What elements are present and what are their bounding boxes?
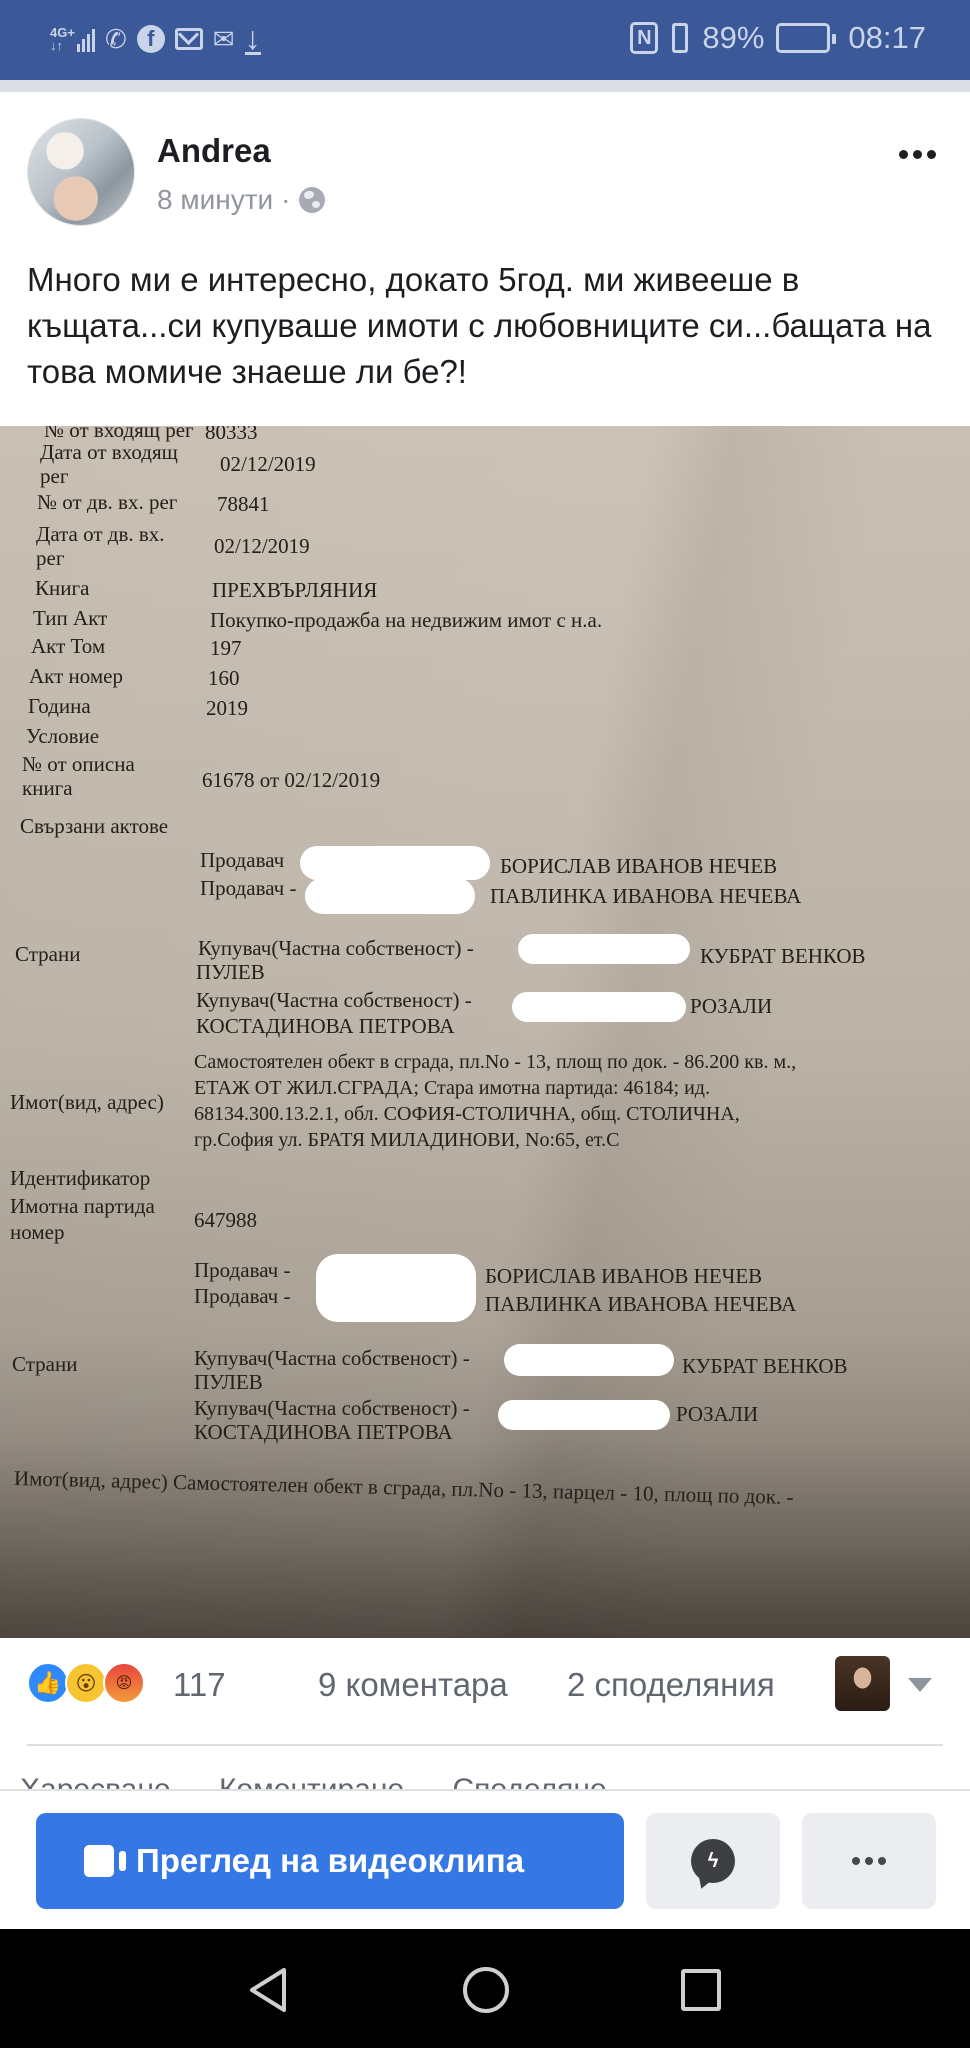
phone-icon: ✆	[105, 20, 127, 58]
doc-value: ПРЕХВЪРЛЯНИЯ	[212, 578, 377, 602]
redaction-mark	[300, 846, 490, 880]
post-meta: 8 минути ·	[157, 184, 325, 216]
home-icon[interactable]	[463, 1967, 509, 2013]
status-icons-right: N 89% 08:17	[630, 20, 926, 56]
doc-value: 02/12/2019	[220, 452, 316, 476]
video-camera-icon	[84, 1845, 114, 1877]
dot-icon	[927, 150, 936, 159]
doc-seller-prefix: Продавач -	[194, 1284, 291, 1308]
dot-icon	[913, 150, 922, 159]
doc-buyer-prefix: Купувач(Частна собственост) -	[194, 1346, 470, 1370]
doc-buyer-name-cont: ПУЛЕВ	[194, 1370, 263, 1394]
reaction-count[interactable]: 117	[173, 1666, 226, 1704]
gmail-icon	[175, 20, 203, 58]
signal-icon: 4G+↓↑	[50, 20, 95, 58]
doc-buyer-prefix: Купувач(Частна собственост) -	[196, 988, 472, 1012]
doc-label: Книга	[35, 576, 89, 600]
reactions-bar: 👍 😮 😡 117 9 коментара 2 споделяния	[0, 1652, 970, 1732]
like-reaction-icon: 👍	[27, 1662, 69, 1704]
doc-property-line: 68134.300.13.2.1, обл. СОФИЯ-СТОЛИЧНА, о…	[194, 1102, 740, 1126]
doc-value: 61678 от 02/12/2019	[202, 768, 380, 792]
doc-label: Година	[28, 694, 91, 718]
doc-label: Свързани актове	[20, 814, 168, 838]
doc-parties-label: Страни	[15, 942, 80, 966]
doc-value: 78841	[217, 492, 270, 516]
facebook-icon: f	[137, 20, 165, 58]
redaction-mark	[512, 992, 686, 1022]
doc-seller-name: ПАВЛИНКА ИВАНОВА НЕЧЕВА	[485, 1292, 796, 1316]
redaction-mark	[518, 934, 690, 964]
doc-buyer-prefix: Купувач(Частна собственост) -	[194, 1396, 470, 1420]
back-icon[interactable]	[248, 1967, 288, 2013]
doc-buyer-name-cont: КОСТАДИНОВА ПЕТРОВА	[194, 1420, 453, 1444]
post-photo-document[interactable]: № от входящ рег 80333 Дата от входящ рег…	[0, 426, 970, 1638]
bottom-action-bar: Преглед на видеоклипа ϟ	[0, 1789, 970, 1929]
mail-settings-icon: ✉	[213, 20, 235, 58]
doc-party-no-label: номер	[10, 1220, 64, 1244]
post-options-button[interactable]	[899, 150, 936, 159]
clock: 08:17	[848, 20, 926, 56]
doc-label: Дата от дв. вх. рег	[36, 522, 196, 570]
dot-icon	[865, 1857, 873, 1865]
status-bar: 4G+↓↑ ✆ f ✉ ↓ N 89% 08:17	[0, 0, 970, 80]
doc-buyer-name: РОЗАЛИ	[690, 994, 772, 1018]
doc-value: Покупко-продажба на недвижим имот с н.а.	[210, 608, 602, 632]
post-card: Andrea 8 минути · Много ми е интересно, …	[0, 92, 970, 1808]
doc-buyer-name: КУБРАТ ВЕНКОВ	[700, 944, 866, 968]
doc-identifier-label: Идентификатор	[10, 1166, 150, 1190]
doc-buyer-prefix: Купувач(Частна собственост) -	[198, 936, 474, 960]
doc-buyer-name-cont: КОСТАДИНОВА ПЕТРОВА	[196, 1014, 455, 1038]
status-icons-left: 4G+↓↑ ✆ f ✉ ↓	[50, 20, 261, 58]
redaction-mark	[305, 878, 475, 914]
doc-label: Условие	[26, 724, 99, 748]
doc-parties-label: Страни	[12, 1352, 77, 1376]
doc-label: № от дв. вх. рег	[37, 490, 177, 514]
system-navigation-bar	[0, 1929, 970, 2048]
recent-apps-icon[interactable]	[681, 1969, 721, 2011]
dot-icon	[899, 150, 908, 159]
doc-value: 2019	[206, 696, 248, 720]
doc-party-no-value: 647988	[194, 1208, 257, 1232]
doc-seller-prefix: Продавач -	[194, 1258, 291, 1282]
redaction-mark	[316, 1254, 476, 1322]
vibrate-icon	[672, 23, 688, 53]
messenger-button[interactable]: ϟ	[646, 1813, 780, 1909]
wow-reaction-icon: 😮	[65, 1662, 107, 1704]
watch-video-label: Преглед на видеоклипа	[136, 1842, 524, 1880]
doc-seller-name: ПАВЛИНКА ИВАНОВА НЕЧЕВА	[490, 884, 801, 908]
doc-buyer-name: КУБРАТ ВЕНКОВ	[682, 1354, 848, 1378]
more-options-button[interactable]	[802, 1813, 936, 1909]
author-name[interactable]: Andrea	[157, 132, 271, 170]
doc-buyer-name-cont: ПУЛЕВ	[196, 960, 265, 984]
dot-icon	[878, 1857, 886, 1865]
doc-seller-prefix: Продавач -	[200, 876, 297, 900]
shares-count[interactable]: 2 споделяния	[567, 1666, 775, 1704]
doc-seller-name: БОРИСЛАВ ИВАНОВ НЕЧЕВ	[500, 854, 777, 878]
battery-icon	[776, 23, 830, 53]
doc-value: 80333	[205, 426, 258, 444]
author-avatar[interactable]	[27, 118, 135, 226]
watch-video-button[interactable]: Преглед на видеоклипа	[36, 1813, 624, 1909]
divider	[27, 1744, 943, 1746]
angry-reaction-icon: 😡	[103, 1662, 145, 1704]
globe-icon	[299, 187, 325, 213]
battery-percent: 89%	[702, 20, 764, 56]
post-header: Andrea 8 минути ·	[0, 92, 970, 232]
doc-buyer-name: РОЗАЛИ	[676, 1402, 758, 1426]
doc-value: 02/12/2019	[214, 534, 310, 558]
doc-label: Акт Том	[31, 634, 105, 658]
doc-seller-prefix: Продавач	[200, 848, 284, 872]
doc-party-no-label: Имотна партида	[10, 1194, 155, 1218]
doc-label: Тип Акт	[33, 606, 107, 630]
comments-count[interactable]: 9 коментара	[318, 1666, 508, 1704]
messenger-icon: ϟ	[691, 1839, 735, 1883]
doc-label: Дата от входящ рег	[40, 440, 210, 488]
doc-seller-name: БОРИСЛАВ ИВАНОВ НЕЧЕВ	[485, 1264, 762, 1288]
redaction-mark	[498, 1400, 670, 1430]
post-time[interactable]: 8 минути	[157, 184, 273, 216]
download-icon: ↓	[245, 20, 261, 58]
doc-label: Акт номер	[29, 664, 123, 688]
doc-label: № от описна книга	[22, 752, 172, 800]
viewer-avatar[interactable]	[835, 1656, 890, 1711]
reaction-icons[interactable]: 👍 😮 😡	[27, 1662, 141, 1704]
redaction-mark	[504, 1344, 674, 1376]
caret-down-icon[interactable]	[908, 1678, 932, 1692]
doc-value: 160	[208, 666, 240, 690]
nfc-icon: N	[630, 22, 658, 54]
doc-value: 197	[210, 636, 242, 660]
meta-separator: ·	[281, 184, 290, 216]
doc-property-line: гр.София ул. БРАТЯ МИЛАДИНОВИ, No:65, ет…	[194, 1128, 619, 1152]
post-text: Много ми е интересно, докато 5год. ми жи…	[27, 257, 947, 395]
dot-icon	[852, 1857, 860, 1865]
doc-property-line: ЕТАЖ ОТ ЖИЛ.СГРАДА; Стара имотна партида…	[194, 1076, 710, 1100]
doc-property-line: Самостоятелен обект в сграда, пл.No - 13…	[194, 1050, 796, 1074]
doc-property-label: Имот(вид, адрес)	[10, 1090, 164, 1114]
doc-property-line: Имот(вид, адрес) Самостоятелен обект в с…	[14, 1466, 794, 1509]
